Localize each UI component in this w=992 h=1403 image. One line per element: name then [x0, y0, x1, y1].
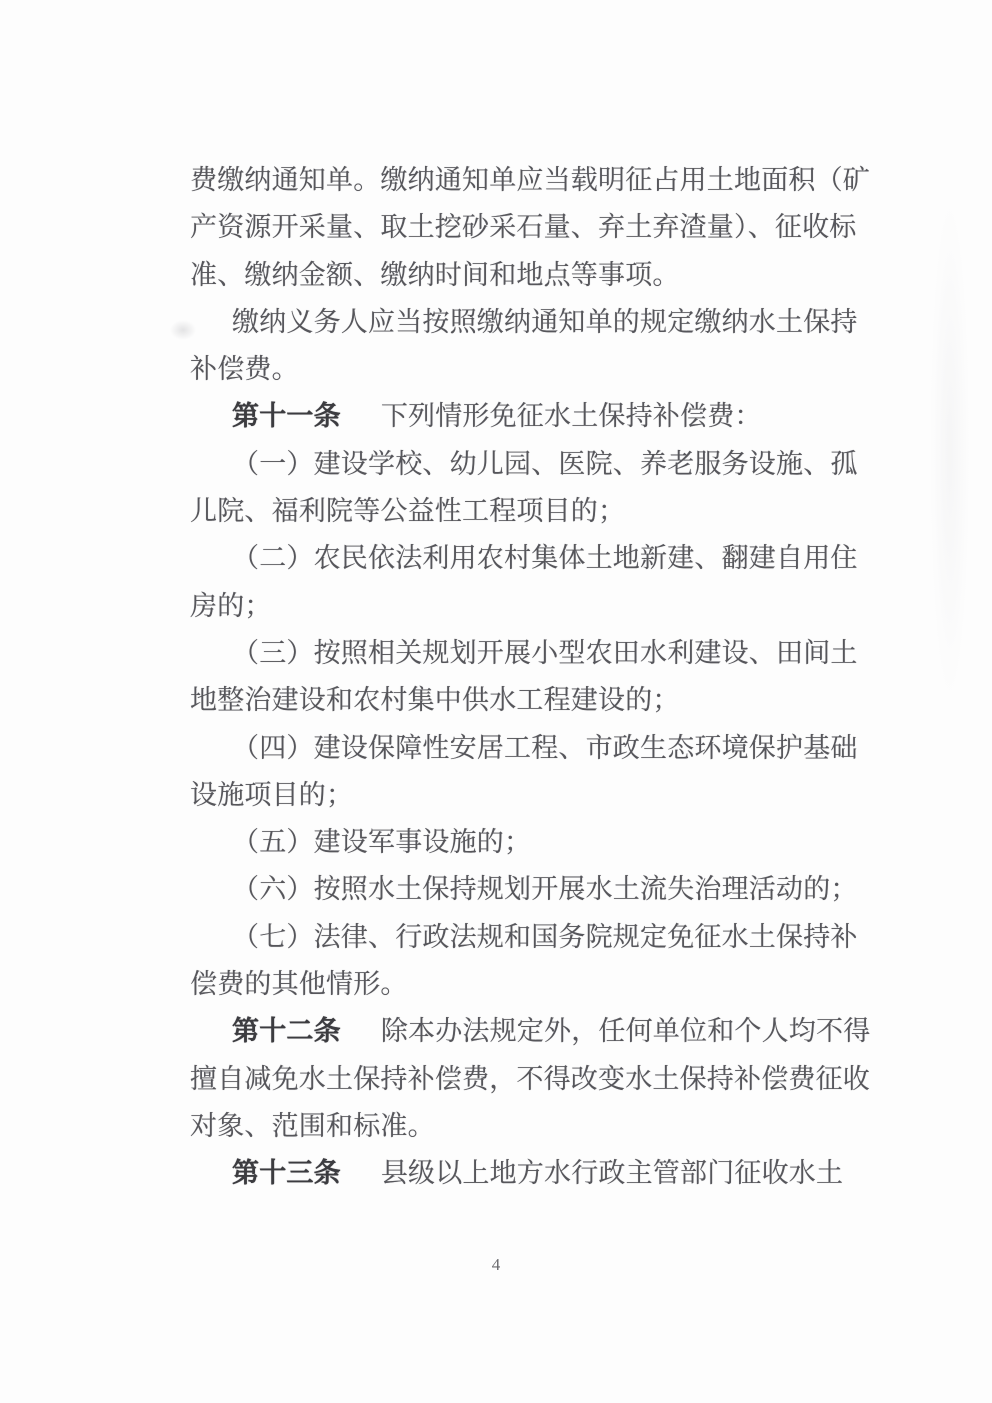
text-line: 第十三条县级以上地方水行政主管部门征收水土	[190, 1150, 880, 1197]
line-text: （五）建设军事设施的；	[232, 827, 531, 857]
text-line: （六）按照水土保持规划开展水土流失治理活动的；	[190, 866, 880, 913]
text-line: 儿院、福利院等公益性工程项目的；	[190, 488, 880, 535]
page-number: 4	[0, 1255, 992, 1275]
line-text: 县级以上地方水行政主管部门征收水土	[381, 1158, 843, 1188]
text-line: （五）建设军事设施的；	[190, 819, 880, 866]
text-line: 房的；	[190, 583, 880, 630]
text-line: （七）法律、行政法规和国务院规定免征水土保持补	[190, 914, 880, 961]
line-text: （三）按照相关规划开展小型农田水利建设、田间土	[232, 638, 858, 668]
line-text: 对象、范围和标准。	[190, 1111, 435, 1141]
line-text: 补偿费。	[190, 354, 299, 384]
line-text: 设施项目的；	[190, 780, 353, 810]
article-number: 第十一条	[232, 401, 341, 431]
line-text: 准、缴纳金额、缴纳时间和地点等事项。	[190, 260, 680, 290]
line-text: （四）建设保障性安居工程、市政生态环境保护基础	[232, 733, 858, 763]
line-text: 儿院、福利院等公益性工程项目的；	[190, 496, 625, 526]
line-text: 除本办法规定外，任何单位和个人均不得	[381, 1016, 871, 1046]
line-text: 地整治建设和农村集中供水工程建设的；	[190, 685, 680, 715]
text-line: 费缴纳通知单。缴纳通知单应当载明征占用土地面积（矿	[190, 157, 880, 204]
document-body: 费缴纳通知单。缴纳通知单应当载明征占用土地面积（矿产资源开采量、取土挖砂采石量、…	[190, 157, 880, 1198]
text-line: 擅自减免水土保持补偿费，不得改变水土保持补偿费征收	[190, 1056, 880, 1103]
line-text: （一）建设学校、幼儿园、医院、养老服务设施、孤	[232, 449, 858, 479]
text-line: （四）建设保障性安居工程、市政生态环境保护基础	[190, 725, 880, 772]
line-text: 偿费的其他情形。	[190, 969, 408, 999]
scanned-document-page: 费缴纳通知单。缴纳通知单应当载明征占用土地面积（矿产资源开采量、取土挖砂采石量、…	[0, 0, 992, 1403]
text-line: 第十一条下列情形免征水土保持补偿费：	[190, 393, 880, 440]
line-text: 擅自减免水土保持补偿费，不得改变水土保持补偿费征收	[190, 1064, 870, 1094]
text-line: 设施项目的；	[190, 772, 880, 819]
text-line: 对象、范围和标准。	[190, 1103, 880, 1150]
article-number: 第十二条	[232, 1016, 341, 1046]
scan-smudge	[930, 200, 970, 700]
text-line: （一）建设学校、幼儿园、医院、养老服务设施、孤	[190, 441, 880, 488]
text-line: 第十二条除本办法规定外，任何单位和个人均不得	[190, 1008, 880, 1055]
text-line: 产资源开采量、取土挖砂采石量、弃土弃渣量）、征收标	[190, 204, 880, 251]
line-text: 费缴纳通知单。缴纳通知单应当载明征占用土地面积（矿	[190, 165, 870, 195]
article-number: 第十三条	[232, 1158, 341, 1188]
line-text: 产资源开采量、取土挖砂采石量、弃土弃渣量）、征收标	[190, 212, 857, 242]
text-line: 偿费的其他情形。	[190, 961, 880, 1008]
line-text: 缴纳义务人应当按照缴纳通知单的规定缴纳水土保持	[232, 307, 858, 337]
line-text: （六）按照水土保持规划开展水土流失治理活动的；	[232, 874, 858, 904]
line-text: （七）法律、行政法规和国务院规定免征水土保持补	[232, 922, 858, 952]
text-line: 地整治建设和农村集中供水工程建设的；	[190, 677, 880, 724]
text-line: （三）按照相关规划开展小型农田水利建设、田间土	[190, 630, 880, 677]
line-text: 下列情形免征水土保持补偿费：	[381, 401, 762, 431]
line-text: （二）农民依法利用农村集体土地新建、翻建自用住	[232, 543, 858, 573]
text-line: 准、缴纳金额、缴纳时间和地点等事项。	[190, 252, 880, 299]
text-line: 补偿费。	[190, 346, 880, 393]
text-line: 缴纳义务人应当按照缴纳通知单的规定缴纳水土保持	[190, 299, 880, 346]
text-line: （二）农民依法利用农村集体土地新建、翻建自用住	[190, 535, 880, 582]
line-text: 房的；	[190, 591, 272, 621]
